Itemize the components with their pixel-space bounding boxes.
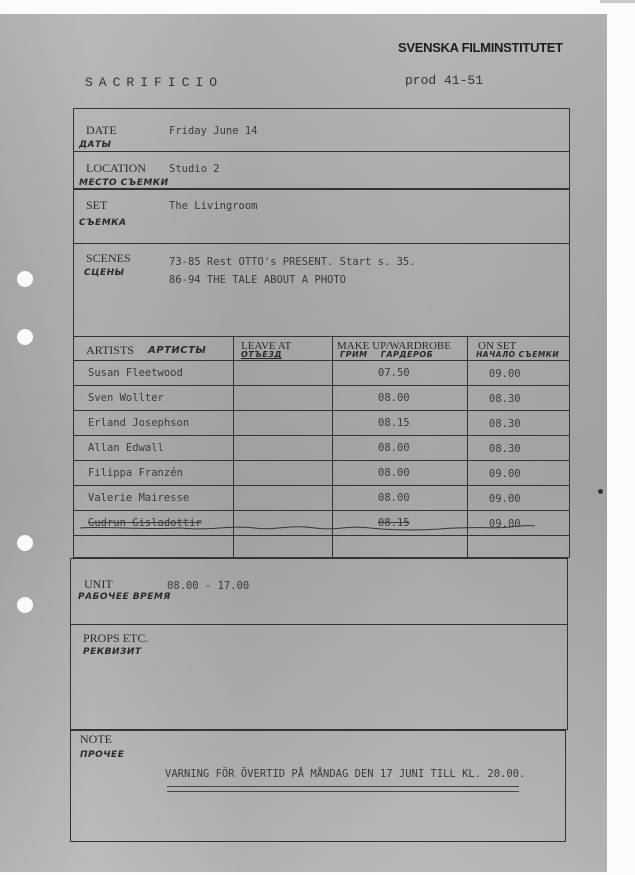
on-set-time: 09.00 [489,468,521,480]
handwritten-strikethrough-icon [80,522,535,534]
props-label: PROPS ETC. [83,631,148,646]
artist-name: Filippa Franzén [88,467,183,479]
date-label: DATE [86,123,117,138]
row-divider [73,535,570,536]
makeup-time: 08.00 [378,467,410,479]
scene-line: 86-94 THE TALE ABOUT A PHOTO [169,274,346,286]
note-label: NOTE [80,732,112,747]
makeup-time: 08.00 [378,442,410,454]
artists-hand-header: АРТИСТЫ [148,345,206,356]
film-title: SACRIFICIO [85,75,223,90]
scenes-label: SCENES [86,251,131,266]
unit-hand-label: РАБОЧЕЕ ВРЕМЯ [78,592,171,602]
makeup-time: 07.50 [378,367,410,379]
artist-name: Erland Josephson [88,417,189,429]
punch-hole [17,597,33,613]
set-label: SET [86,198,107,213]
scenes-hand-label: СЦЕНЫ [84,268,124,278]
scan-edge [600,0,635,3]
location-hand-label: МЕСТО СЪЕМКИ [79,178,169,188]
location-value: Studio 2 [169,163,220,175]
on-set-hand-header: НАЧАЛО СЪЕМКИ [476,350,559,359]
row-divider [73,435,570,436]
set-value: The Livingroom [169,200,258,212]
row-divider [73,360,570,361]
divider [70,624,568,625]
artist-name: Susan Fleetwood [88,367,183,379]
scan-speck [598,489,603,494]
location-label: LOCATION [86,161,146,176]
props-hand-label: РЕКВИЗИТ [83,647,142,657]
row-divider [73,410,570,411]
on-set-time: 09.00 [489,493,521,505]
punch-hole [17,329,33,345]
punch-hole [17,271,33,287]
on-set-time: 08.30 [489,393,521,405]
date-location-frame [73,108,570,189]
row-divider [73,385,570,386]
on-set-time: 09.00 [489,368,521,380]
artist-name: Allan Edwall [88,442,164,454]
makeup-hand-header: ГРИМ ГАРДЕРОБ [340,350,433,359]
unit-label: UNIT [84,577,113,592]
makeup-time: 08.00 [378,392,410,404]
set-hand-label: СЪЕМКА [79,218,127,228]
leave-at-hand-header: ОТЪЕЗД [241,350,282,359]
row-divider [73,460,570,461]
date-hand-label: ДАТЫ [79,140,111,150]
artists-header: ARTISTS [86,343,134,358]
note-text: VARNING FÖR ÖVERTID PÅ MÅNDAG DEN 17 JUN… [165,768,525,780]
punch-hole [17,535,33,551]
row-divider [73,485,570,486]
makeup-time: 08.15 [378,417,410,429]
artist-name: Sven Wollter [88,392,164,404]
unit-hours: 08.00 - 17.00 [167,580,249,592]
row-divider [73,510,570,511]
brand-name: SVENSKA FILMINSTITUTET [398,40,563,55]
divider [73,243,570,244]
production-number: prod 41-51 [405,73,483,88]
makeup-time: 08.00 [378,492,410,504]
artist-name: Valerie Mairesse [88,492,189,504]
double-underline [167,786,519,792]
on-set-time: 08.30 [489,443,521,455]
scene-line: 73-85 Rest OTTO's PRESENT. Start s. 35. [169,256,416,268]
date-value: Friday June 14 [169,125,258,137]
on-set-time: 08.30 [489,418,521,430]
divider [73,151,570,152]
note-hand-label: ПРОЧЕЕ [80,750,124,760]
